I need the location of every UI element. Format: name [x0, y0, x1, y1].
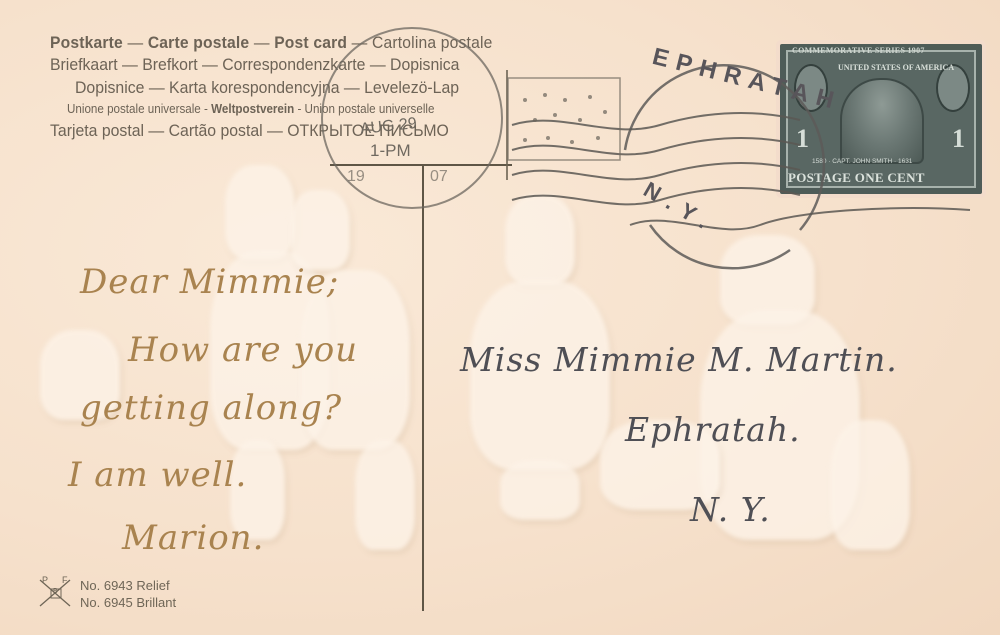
header-line-1: Postkarte — Carte postale — Post card — … [50, 33, 493, 53]
header-postkarte: Postkarte [50, 33, 123, 52]
postmark-bar [330, 164, 512, 166]
logo-letter-p: P [42, 575, 48, 585]
separator: — [347, 33, 372, 52]
postcard-back: Postkarte — Carte postale — Post card — … [0, 0, 1000, 635]
header-carte-postale: Carte postale [148, 33, 249, 52]
address-town: Ephratah. [625, 410, 801, 449]
center-divider-line [422, 165, 424, 611]
header-cartolina: Cartolina postale [372, 33, 493, 52]
publisher-numbers: No. 6943 Relief No. 6945 Brillant [80, 577, 176, 611]
header-union: - Union postale universelle [294, 102, 434, 116]
stamp-series: COMMEMORATIVE SERIES 1907 [792, 46, 925, 55]
header-unione: Unione postale universale - [67, 102, 211, 116]
message-line-1: Dear Mimmie; [80, 262, 339, 302]
postmark-year-left: 19 [347, 168, 365, 186]
flag-cancel-pole [506, 70, 508, 180]
header-line-4: Unione postale universale - Weltpostvere… [67, 102, 434, 116]
message-line-4: I am well. [68, 455, 247, 495]
header-line-2: Briefkaart — Brefkort — Correspondenzkar… [50, 55, 459, 75]
address-state: N. Y. [690, 490, 771, 529]
header-weltpostverein: Weltpostverein [211, 102, 294, 116]
postage-stamp: COMMEMORATIVE SERIES 1907 UNITED STATES … [780, 44, 982, 194]
publisher-logo-icon: P F B [38, 576, 74, 608]
postmark-time: 1-PM [370, 141, 411, 161]
message-line-2: How are you [128, 330, 358, 370]
header-post-card: Post card [274, 33, 347, 52]
logo-letter-b: B [53, 588, 58, 595]
stamp-john-smith-portrait-icon [840, 78, 924, 164]
publisher-line-1: No. 6943 Relief [80, 577, 176, 594]
stamp-value-left: 1 [796, 124, 809, 154]
postmark-year-right: 07 [430, 168, 448, 186]
stamp-value-right: 1 [952, 124, 965, 154]
logo-letter-f: F [62, 575, 68, 585]
flag-cancel-icon [508, 78, 620, 160]
publisher-line-2: No. 6945 Brillant [80, 594, 176, 611]
separator: — [123, 33, 148, 52]
address-recipient: Miss Mimmie M. Martin. [460, 340, 898, 379]
stamp-caption: 1580 · CAPT. JOHN SMITH · 1631 [812, 158, 912, 165]
message-signature: Marion. [122, 518, 264, 558]
header-line-3: Dopisnice — Karta korespondencyjna — Lev… [75, 78, 459, 98]
separator: — [249, 33, 274, 52]
stamp-denomination: POSTAGE ONE CENT [788, 170, 925, 186]
stamp-country: UNITED STATES OF AMERICA [838, 63, 954, 72]
message-line-3: getting along? [80, 388, 342, 428]
postmark-state-right: N.Y. [639, 177, 722, 240]
